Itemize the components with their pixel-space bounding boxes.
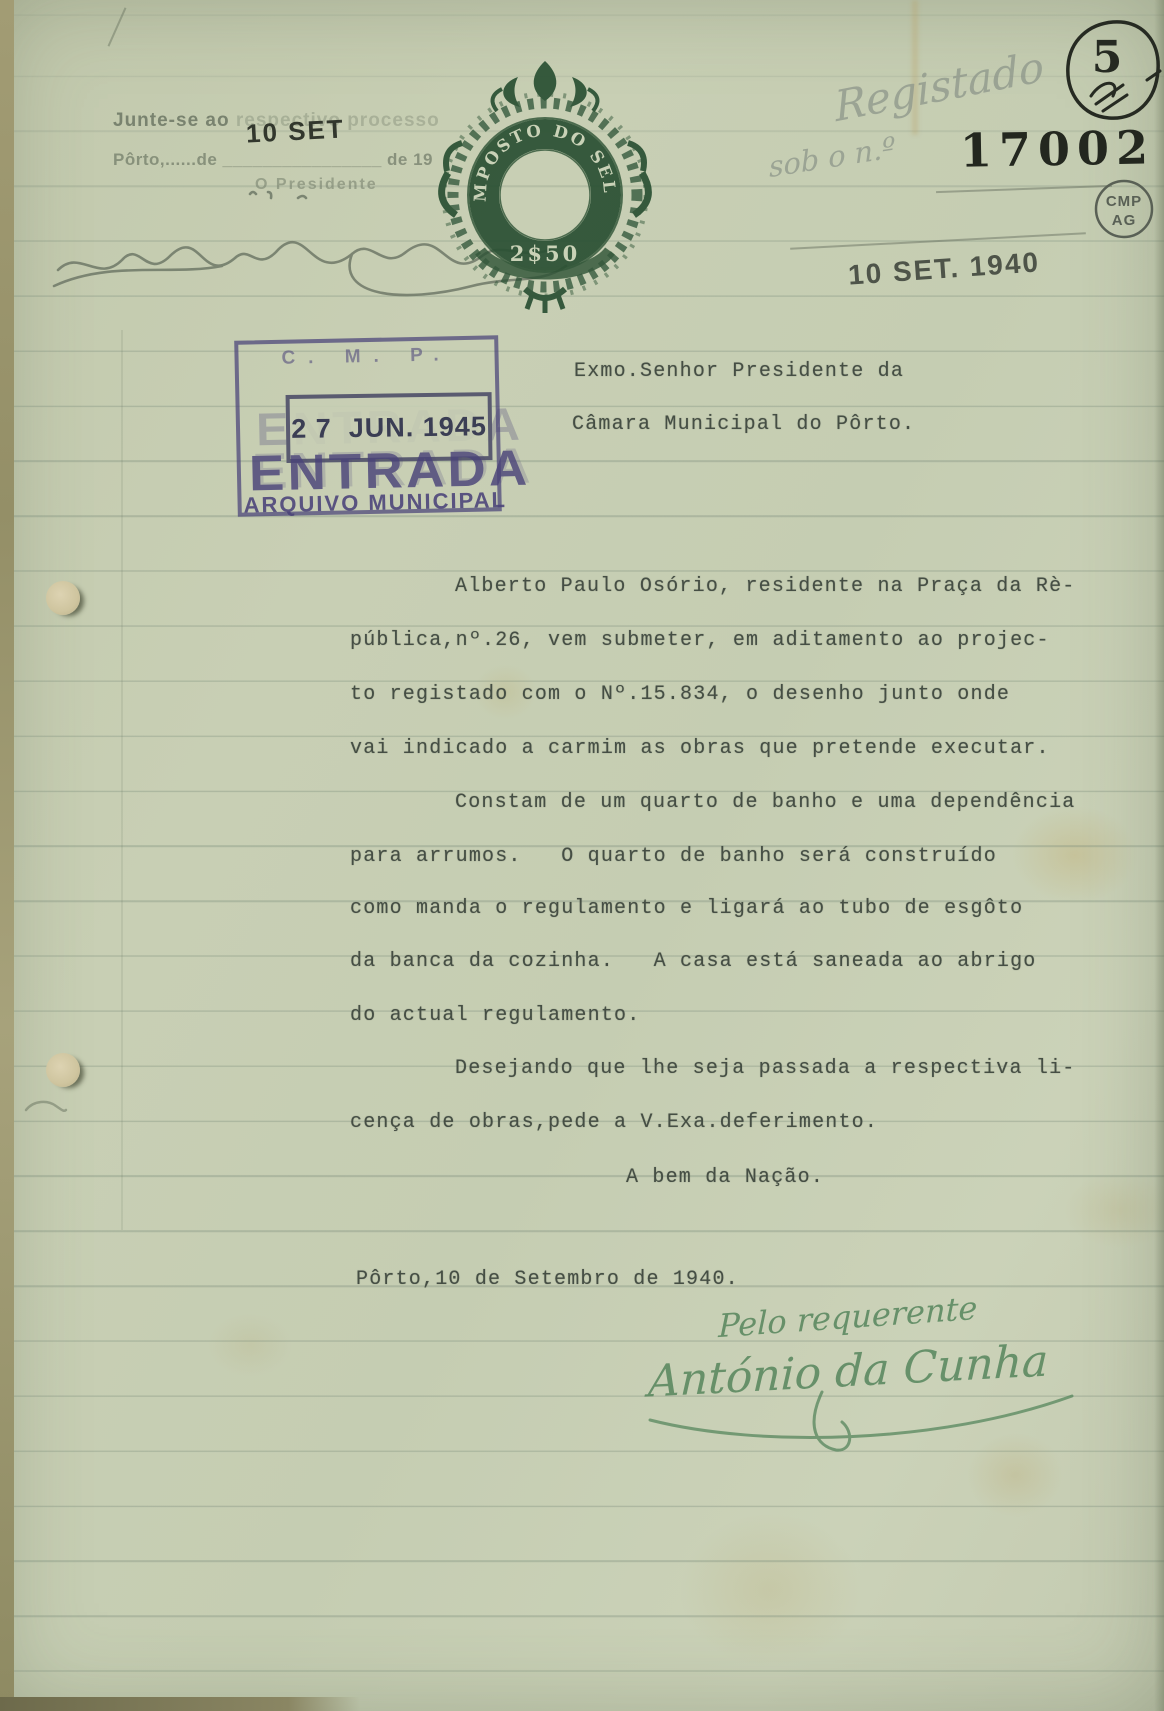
scanned-letter-page: Junte-se ao respectivo processo 10 SET P… (0, 0, 1164, 1711)
body-line: to registado com o Nº.15.834, o desenho … (350, 683, 1010, 706)
signature-caption: Pelo requerente (718, 1289, 978, 1345)
body-line: vai indicado a carmim as obras que prete… (350, 737, 1050, 760)
circled-5-number: 5 (1092, 32, 1123, 83)
punch-hole (46, 581, 80, 615)
signature-flourish (640, 1388, 1080, 1458)
seal-value-text: 2$50 (510, 241, 580, 266)
cmp-badge-line1: CMP (1106, 193, 1142, 210)
pencil-tick-mark (108, 7, 127, 46)
paper-edge-right (1154, 0, 1164, 1711)
body-line: pública,nº.26, vem submeter, em aditamen… (350, 629, 1050, 652)
body-line: cença de obras,pede a V.Exa.deferimento. (350, 1111, 878, 1134)
paper-edge-bottom (0, 1697, 360, 1711)
body-line: como manda o regulamento e ligará ao tub… (350, 897, 1023, 920)
paper-edge-left (0, 0, 14, 1711)
date-overlay-stamp: 10 SET (245, 113, 345, 149)
forwarding-note-line2: Pôrto,......de ________________ de 19 (113, 150, 433, 170)
tax-seal: IMPOSTO DO SELO 2$50 (420, 55, 670, 315)
dateline: Pôrto,10 de Setembro de 1940. (356, 1268, 739, 1291)
circled-5-annotation: 5 (1063, 16, 1163, 128)
pencil-squiggle-mark (22, 1092, 70, 1120)
forwarding-note-line1-clear: Junte-se ao (113, 110, 236, 131)
body-line: do actual regulamento. (350, 1004, 640, 1027)
entry-stamp-footer: ARQUIVO MUNICIPAL (243, 487, 507, 519)
closing-line: A bem da Nação. (626, 1166, 824, 1189)
punch-hole (46, 1053, 80, 1087)
body-line: da banca da cozinha. A casa está saneada… (350, 950, 1037, 973)
registration-number-stamp: 17002 (960, 120, 1156, 177)
cmp-ag-badge: CMP AG (1092, 177, 1156, 241)
registration-underline (790, 232, 1086, 249)
body-line: para arrumos. O quarto de banho será con… (350, 845, 997, 868)
body-line: Constam de um quarto de banho e uma depe… (455, 791, 1076, 814)
cmp-badge-line2: AG (1112, 212, 1137, 229)
paper-crease (121, 330, 123, 1230)
body-line: Alberto Paulo Osório, residente na Praça… (455, 575, 1076, 598)
registration-date-stamp: 10 SET. 1940 (847, 246, 1041, 291)
address-line-1: Exmo.Senhor Presidente da (574, 360, 904, 383)
body-line: Desejando que lhe seja passada a respect… (455, 1057, 1076, 1080)
address-line-2: Câmara Municipal do Pôrto. (572, 413, 915, 436)
registration-script-word: Registado (833, 42, 1046, 132)
registration-underline (936, 185, 1112, 193)
registration-script-sub: sob o n.º (768, 130, 897, 184)
entry-stamp: C. M. P. ENTRADA 2 7 JUN. 1945 ENTRADA A… (234, 335, 502, 516)
